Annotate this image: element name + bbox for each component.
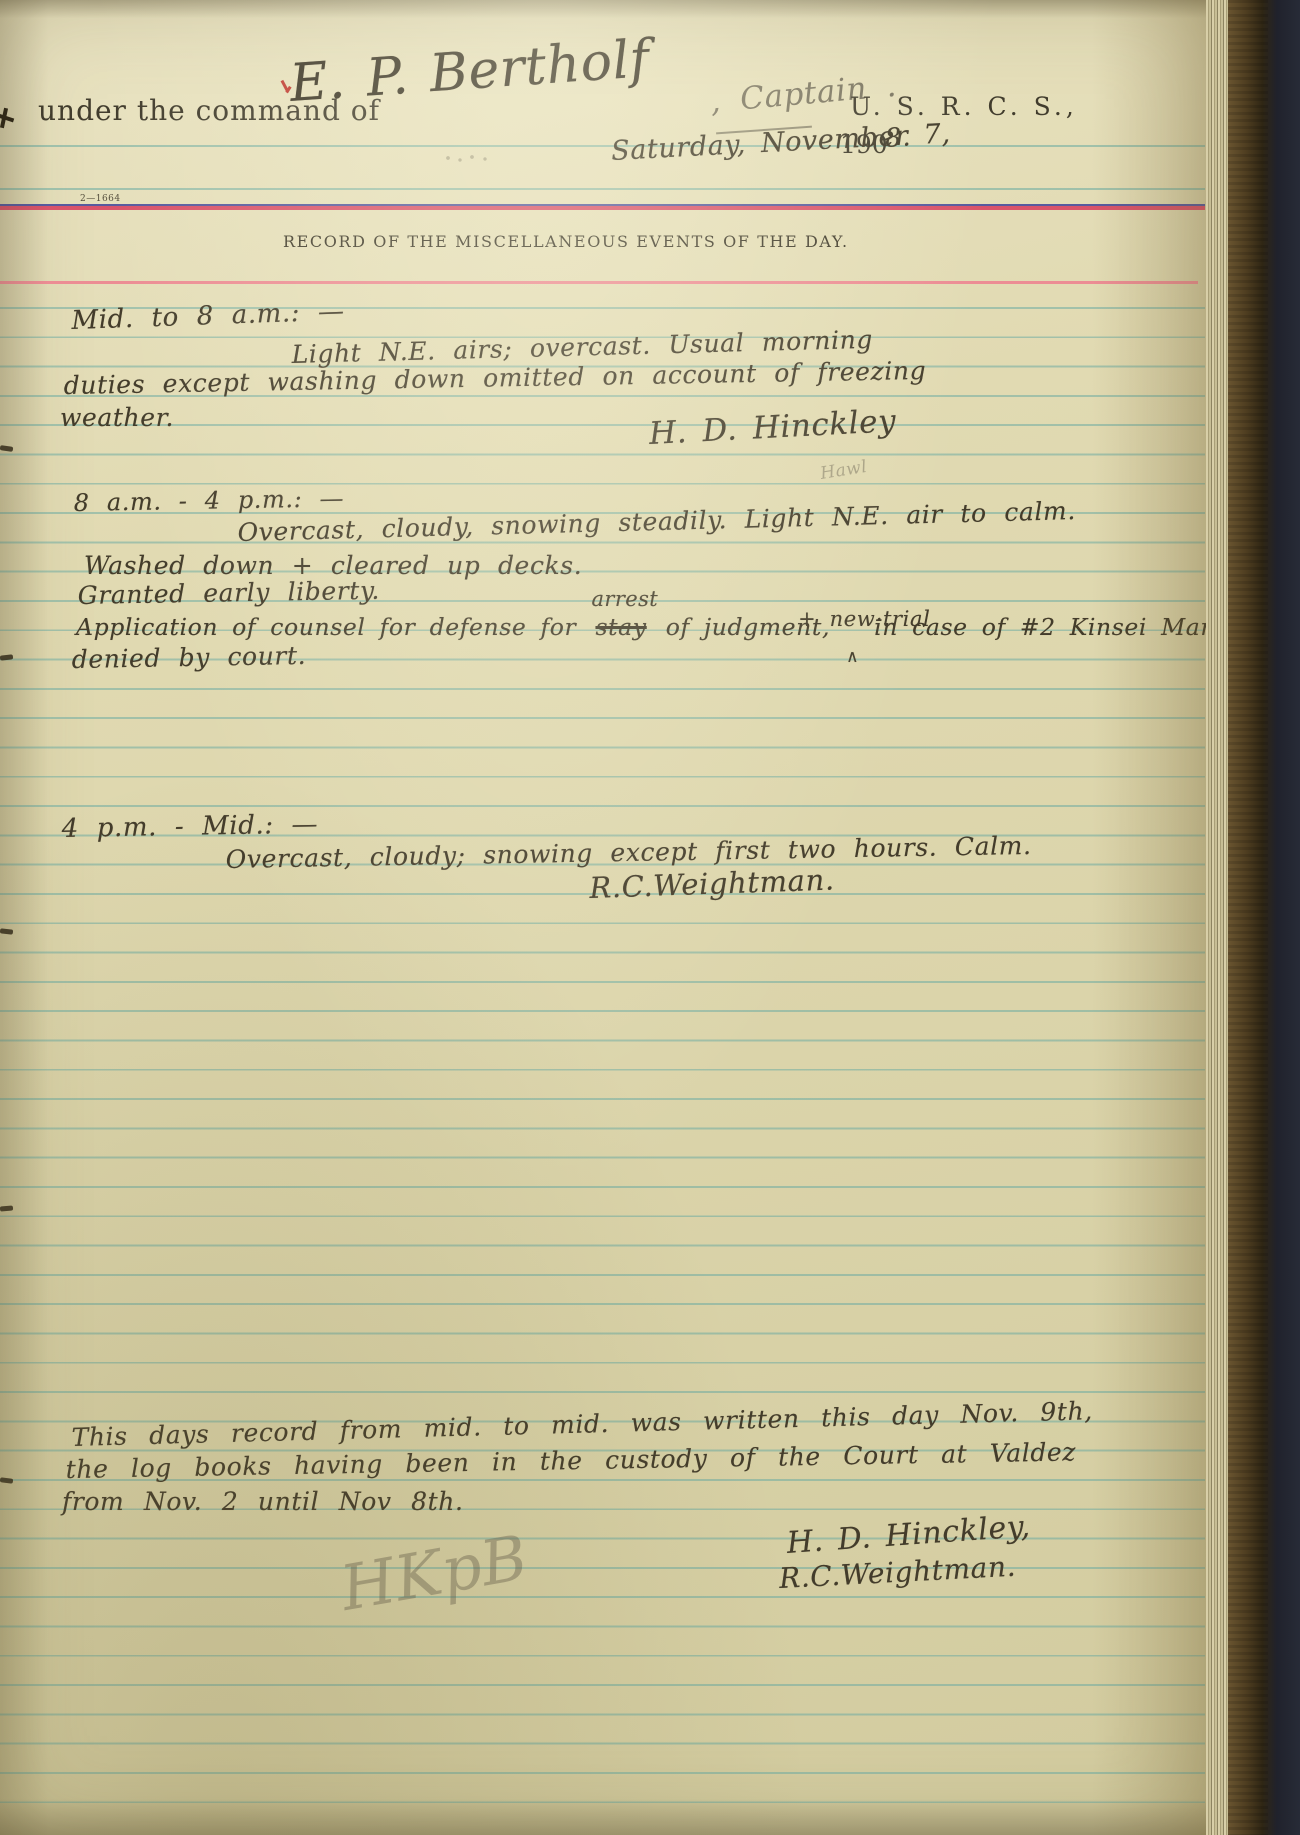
year-script: 8. xyxy=(884,122,912,154)
struck-word-wrap: arrest stay xyxy=(595,613,646,641)
year-printed: 190 xyxy=(840,130,888,159)
logbook-scan: under the command of E. P. Bertholf , Ca… xyxy=(0,0,1300,1835)
caret-mark: ∧ xyxy=(846,647,859,667)
page-edge-stack xyxy=(1206,0,1230,1835)
closing-note-line: from Nov. 2 until Nov 8th. xyxy=(62,1487,464,1516)
pink-rule xyxy=(0,281,1198,284)
entry-line-with-edits: Application of counsel for defense for a… xyxy=(76,613,1228,641)
header-rule-2 xyxy=(0,188,1205,190)
entry-line: weather. xyxy=(60,403,174,432)
inserted-correction: arrest xyxy=(591,587,658,611)
entry-line: Granted early liberty. xyxy=(77,576,380,610)
double-rule-crimson-blue xyxy=(0,204,1205,210)
watch-label-4pm-mid: 4 p.m. - Mid.: — xyxy=(61,810,318,844)
binding-texture xyxy=(1228,0,1268,1835)
watch-label-8am-4pm: 8 a.m. - 4 p.m.: — xyxy=(74,484,345,517)
pencil-smudge xyxy=(442,152,494,164)
commander-signature: E. P. Bertholf xyxy=(288,29,652,114)
section-title: RECORD OF THE MISCELLANEOUS EVENTS OF TH… xyxy=(283,232,849,251)
service-abbreviation: U. S. R. C. S., xyxy=(850,92,1078,121)
struck-word: stay xyxy=(595,613,646,641)
form-number: 2—1664 xyxy=(80,194,121,204)
line-pre: Application of counsel for defense for xyxy=(76,613,576,641)
header-rule-1 xyxy=(0,145,1205,147)
logbook-page: under the command of E. P. Bertholf , Ca… xyxy=(0,0,1213,1835)
inserted-phrase: + new-trial xyxy=(798,607,930,631)
entry-line: denied by court. xyxy=(71,641,306,674)
